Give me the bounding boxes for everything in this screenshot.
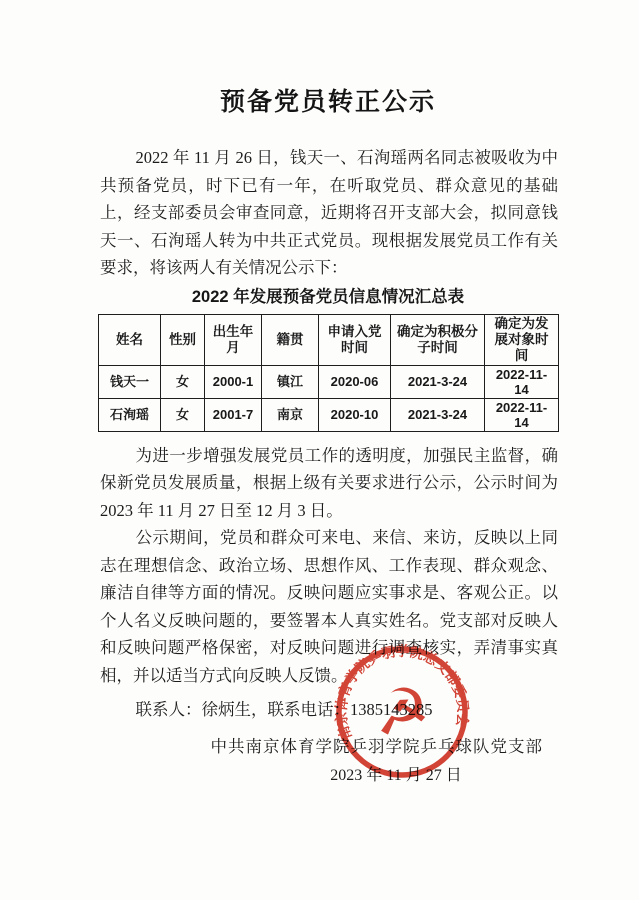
- table-title: 2022 年发展预备党员信息情况汇总表: [98, 285, 558, 309]
- cell-name: 钱天一: [99, 365, 161, 398]
- col-header-candidate: 确定为发展对象时间: [485, 314, 559, 365]
- summary-table: 姓名 性别 出生年月 籍贯 申请入党时间 确定为积极分子时间 确定为发展对象时间…: [98, 314, 559, 432]
- col-header-gender: 性别: [161, 314, 205, 365]
- table-row: 石洵瑶 女 2001-7 南京 2020-10 2021-3-24 2022-1…: [99, 398, 559, 431]
- paragraph-publicity-period: 为进一步增强发展党员工作的透明度，加强民主监督，确保新党员发展质量，根据上级有关…: [98, 442, 558, 525]
- col-header-name: 姓名: [99, 314, 161, 365]
- contact-line: 联系人：徐炳生，联系电话：1385143285: [98, 696, 558, 724]
- cell-candidate: 2022-11-14: [485, 365, 559, 398]
- col-header-birth: 出生年月: [205, 314, 262, 365]
- paragraph-feedback-rules: 公示期间，党员和群众可来电、来信、来访，反映以上同志在理想信念、政治立场、思想作…: [98, 524, 558, 689]
- signature-line: 中共南京体育学院乒羽学院乒乓球队党支部: [98, 733, 543, 757]
- document-page: 预备党员转正公示 2022 年 11 月 26 日，钱天一、石洵瑶两名同志被吸收…: [0, 0, 639, 900]
- date-line: 2023 年 11 月 27 日: [240, 762, 552, 785]
- cell-gender: 女: [161, 365, 205, 398]
- cell-origin: 南京: [262, 398, 319, 431]
- table-header-row: 姓名 性别 出生年月 籍贯 申请入党时间 确定为积极分子时间 确定为发展对象时间: [99, 314, 559, 365]
- cell-apply: 2020-06: [319, 365, 391, 398]
- cell-origin: 镇江: [262, 365, 319, 398]
- cell-activist: 2021-3-24: [391, 365, 485, 398]
- col-header-origin: 籍贯: [262, 314, 319, 365]
- table-row: 钱天一 女 2000-1 镇江 2020-06 2021-3-24 2022-1…: [99, 365, 559, 398]
- cell-apply: 2020-10: [319, 398, 391, 431]
- cell-gender: 女: [161, 398, 205, 431]
- cell-name: 石洵瑶: [99, 398, 161, 431]
- cell-birth: 2000-1: [205, 365, 262, 398]
- page-title: 预备党员转正公示: [98, 82, 558, 118]
- document-body: 2022 年 11 月 26 日，钱天一、石洵瑶两名同志被吸收为中共预备党员，时…: [98, 144, 558, 724]
- cell-activist: 2021-3-24: [391, 398, 485, 431]
- cell-candidate: 2022-11-14: [485, 398, 559, 431]
- col-header-activist: 确定为积极分子时间: [391, 314, 485, 365]
- paragraph-intro: 2022 年 11 月 26 日，钱天一、石洵瑶两名同志被吸收为中共预备党员，时…: [98, 144, 558, 282]
- col-header-apply: 申请入党时间: [319, 314, 391, 365]
- cell-birth: 2001-7: [205, 398, 262, 431]
